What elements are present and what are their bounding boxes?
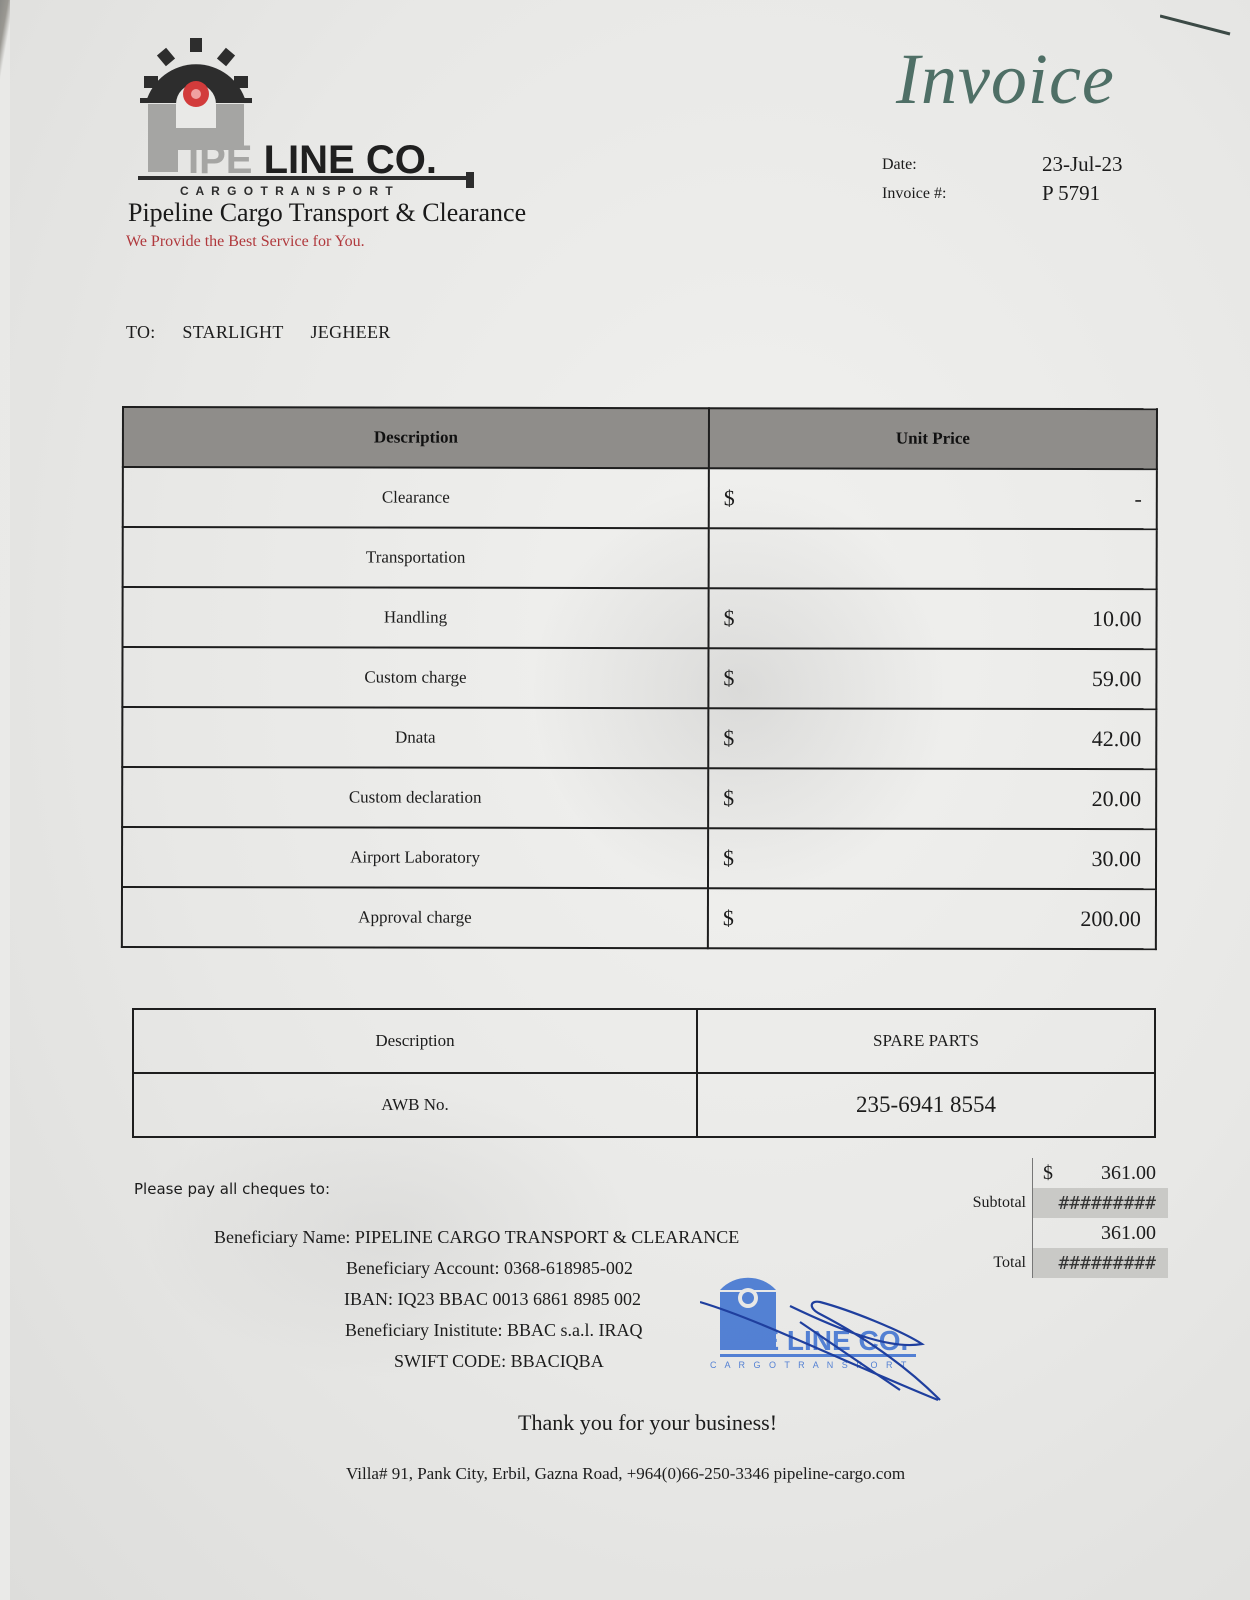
item-amount: 10.00 [1092, 606, 1142, 632]
table-row: Custom charge$59.00 [122, 647, 1156, 709]
item-description: Transportation [123, 527, 709, 588]
company-name: Pipeline Cargo Transport & Clearance [128, 198, 526, 228]
table-row: Approval charge$200.00 [122, 887, 1156, 949]
invoice-number-value: P 5791 [1042, 181, 1100, 206]
payment-instructions-title: Please pay all cheques to: [134, 1180, 330, 1198]
currency-symbol: $ [1033, 1162, 1053, 1185]
svg-text:C A R G O T R A N S P O R T: C A R G O T R A N S P O R T [710, 1360, 909, 1370]
item-unit-price: $20.00 [708, 768, 1156, 829]
table-row: AWB No. 235-6941 8554 [133, 1073, 1155, 1137]
item-description: Approval charge [122, 887, 708, 948]
item-amount: 200.00 [1080, 906, 1141, 932]
shipment-description-label: Description [133, 1009, 697, 1073]
currency-symbol: $ [724, 485, 735, 511]
item-unit-price: $200.00 [708, 888, 1156, 949]
currency-symbol: $ [723, 785, 734, 811]
item-amount: - [1134, 486, 1141, 512]
item-description: Clearance [123, 467, 709, 528]
recipient-last-name: JEGHEER [310, 322, 390, 342]
invoice-number-label: Invoice #: [882, 185, 1042, 203]
item-unit-price [709, 528, 1157, 589]
table-row: Custom declaration$20.00 [122, 767, 1156, 829]
invoice-page: IPE LINE CO. C A R G O T R A N S P O R T… [10, 0, 1250, 1600]
item-description: Airport Laboratory [122, 827, 708, 888]
recipient-first-name: STARLIGHT [182, 322, 283, 342]
subtotal-label: Subtotal [958, 1194, 1032, 1212]
pen-mark [1160, 12, 1250, 42]
item-unit-price: $30.00 [708, 828, 1156, 889]
item-amount: 59.00 [1092, 666, 1142, 692]
company-tagline: We Provide the Best Service for You. [126, 233, 365, 251]
item-amount: 20.00 [1092, 786, 1142, 812]
awb-value: 235-6941 8554 [697, 1073, 1155, 1137]
date-label: Date: [882, 156, 1042, 174]
date-value: 23-Jul-23 [1042, 152, 1123, 177]
currency-symbol: $ [724, 605, 735, 631]
item-amount: 42.00 [1092, 726, 1142, 752]
currency-symbol: $ [723, 665, 734, 691]
thank-you-message: Thank you for your business! [518, 1410, 777, 1436]
currency-symbol: $ [723, 905, 734, 931]
awb-label: AWB No. [133, 1073, 697, 1137]
table-row: Description SPARE PARTS [133, 1009, 1155, 1073]
currency-symbol: $ [723, 725, 734, 751]
subtotal-value: ######### [1032, 1188, 1168, 1218]
currency-symbol: $ [723, 845, 734, 871]
item-amount: 30.00 [1092, 846, 1142, 872]
item-description: Handling [122, 587, 708, 648]
charges-table: Description Unit Price Clearance$-Transp… [121, 406, 1158, 950]
table-row: Dnata$42.00 [122, 707, 1156, 769]
svg-text:IPE LINE CO.: IPE LINE CO. [188, 138, 437, 182]
total-value: ######### [1032, 1248, 1168, 1278]
item-description: Dnata [122, 707, 708, 768]
column-header-unit-price: Unit Price [709, 408, 1157, 469]
item-description: Custom declaration [122, 767, 708, 828]
invoice-title: Invoice [896, 38, 1115, 121]
amount-mid: 361.00 [1032, 1218, 1168, 1248]
svg-text:C A R G O T R A N S P O R T: C A R G O T R A N S P O R T [180, 184, 395, 198]
item-unit-price: $- [709, 468, 1157, 529]
table-row: Transportation [123, 527, 1157, 589]
shipment-table: Description SPARE PARTS AWB No. 235-6941… [132, 1008, 1156, 1138]
table-row: Clearance$- [123, 467, 1157, 529]
recipient: TO: STARLIGHT JEGHEER [126, 322, 413, 343]
totals-block: $ 361.00 Subtotal ######### 361.00 Total… [958, 1158, 1168, 1278]
table-row: Airport Laboratory$30.00 [122, 827, 1156, 889]
company-address: Villa# 91, Pank City, Erbil, Gazna Road,… [346, 1464, 905, 1484]
table-row: Handling$10.00 [122, 587, 1156, 649]
item-description: Custom charge [122, 647, 708, 708]
recipient-label: TO: [126, 322, 156, 342]
total-label: Total [958, 1254, 1032, 1272]
company-logo: IPE LINE CO. C A R G O T R A N S P O R T [138, 32, 488, 202]
item-unit-price: $42.00 [708, 708, 1156, 769]
column-header-description: Description [123, 407, 709, 468]
invoice-meta: Date: 23-Jul-23 Invoice #: P 5791 [882, 150, 1123, 208]
shipment-description-value: SPARE PARTS [697, 1009, 1155, 1073]
item-unit-price: $10.00 [708, 588, 1156, 649]
amount-top: $ 361.00 [1032, 1158, 1168, 1188]
item-unit-price: $59.00 [708, 648, 1156, 709]
company-stamp: IPE LINE CO. C A R G O T R A N S P O R T [700, 1240, 950, 1410]
